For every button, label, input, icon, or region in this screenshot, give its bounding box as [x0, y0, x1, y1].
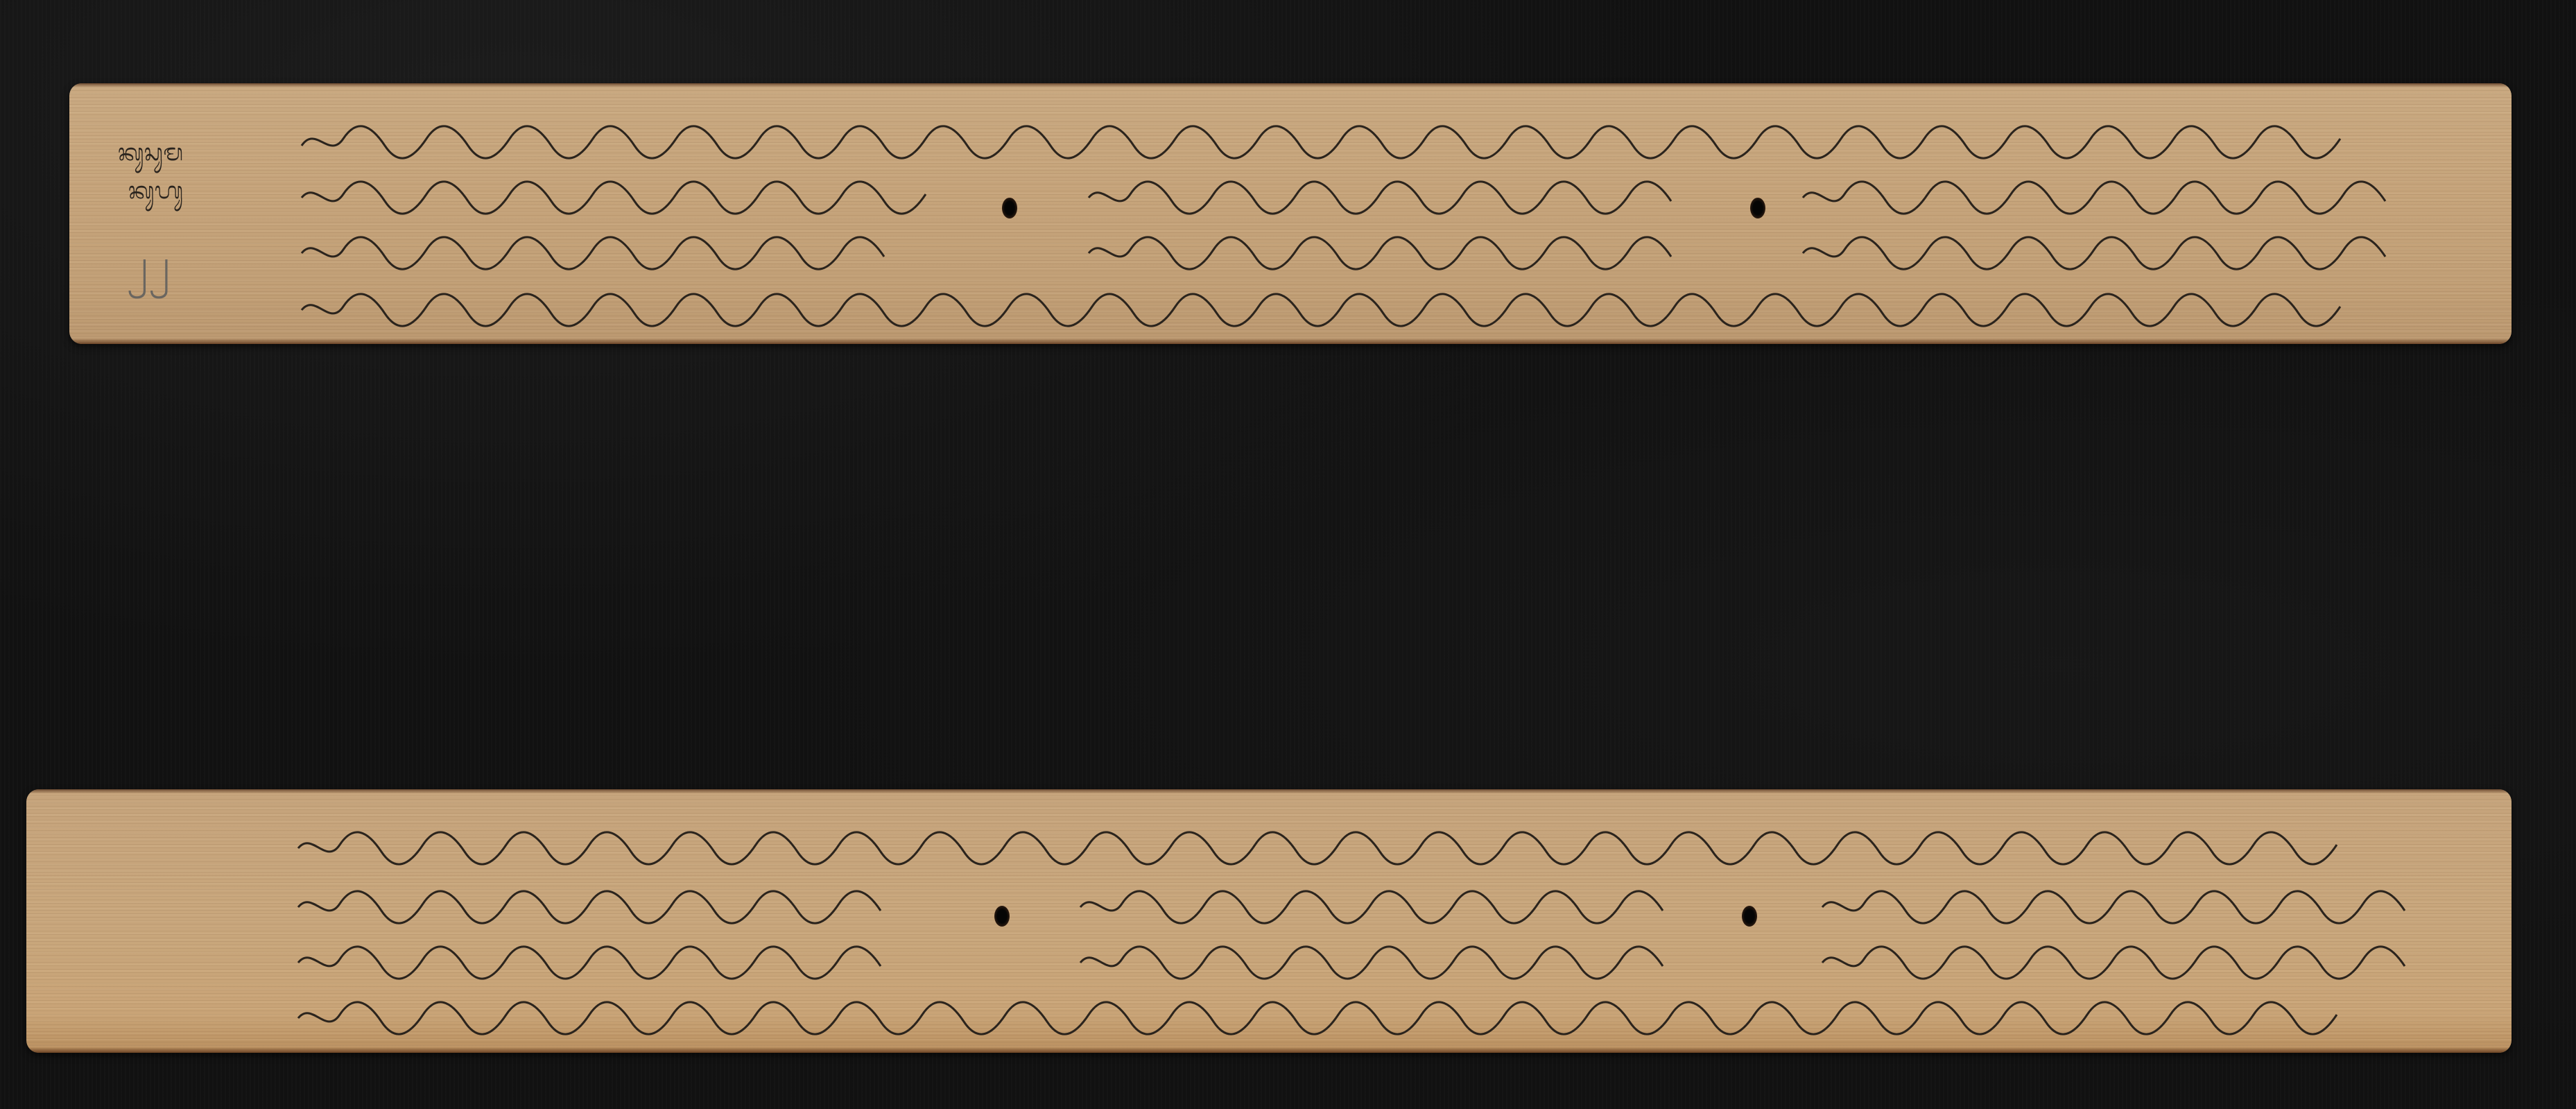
page-mark: ၂၂ [126, 236, 170, 301]
script-line-4 [298, 987, 2420, 1042]
margin-notation-1: ᬓᬸᬲᬸᬫ [118, 135, 183, 178]
script-line-3-right [1822, 931, 2446, 987]
leaf-edge-bottom [26, 1047, 2512, 1053]
script-line-3-left [302, 222, 926, 277]
script-line-2-right [1803, 166, 2427, 222]
script-line-1 [298, 817, 2420, 872]
script-line-1 [302, 111, 2423, 166]
margin-notation-2: ᬓᬸᬳᬸ [128, 173, 183, 216]
script-line-2-left [298, 876, 922, 931]
script-line-3-right [1803, 222, 2427, 277]
leaf-edge-top [26, 789, 2512, 793]
script-line-3-middle [1089, 222, 1713, 277]
script-line-3-middle [1080, 931, 1704, 987]
palm-leaf-top: ᬓᬸᬲᬸᬫ ᬓᬸᬳᬸ ၂၂ [69, 83, 2512, 344]
binding-hole-left [1002, 198, 1017, 218]
binding-hole-left [994, 906, 1010, 927]
binding-hole-right [1742, 906, 1757, 927]
leaf-edge-top [69, 83, 2512, 87]
script-line-3-left [298, 931, 922, 987]
leaf-edge-bottom [69, 338, 2512, 344]
script-line-4 [302, 279, 2423, 334]
script-line-2-left [302, 166, 995, 222]
binding-hole-right [1750, 198, 1765, 218]
script-line-2-middle [1080, 876, 1704, 931]
script-line-2-middle [1089, 166, 1713, 222]
palm-leaf-bottom [26, 789, 2512, 1053]
script-line-2-right [1822, 876, 2446, 931]
